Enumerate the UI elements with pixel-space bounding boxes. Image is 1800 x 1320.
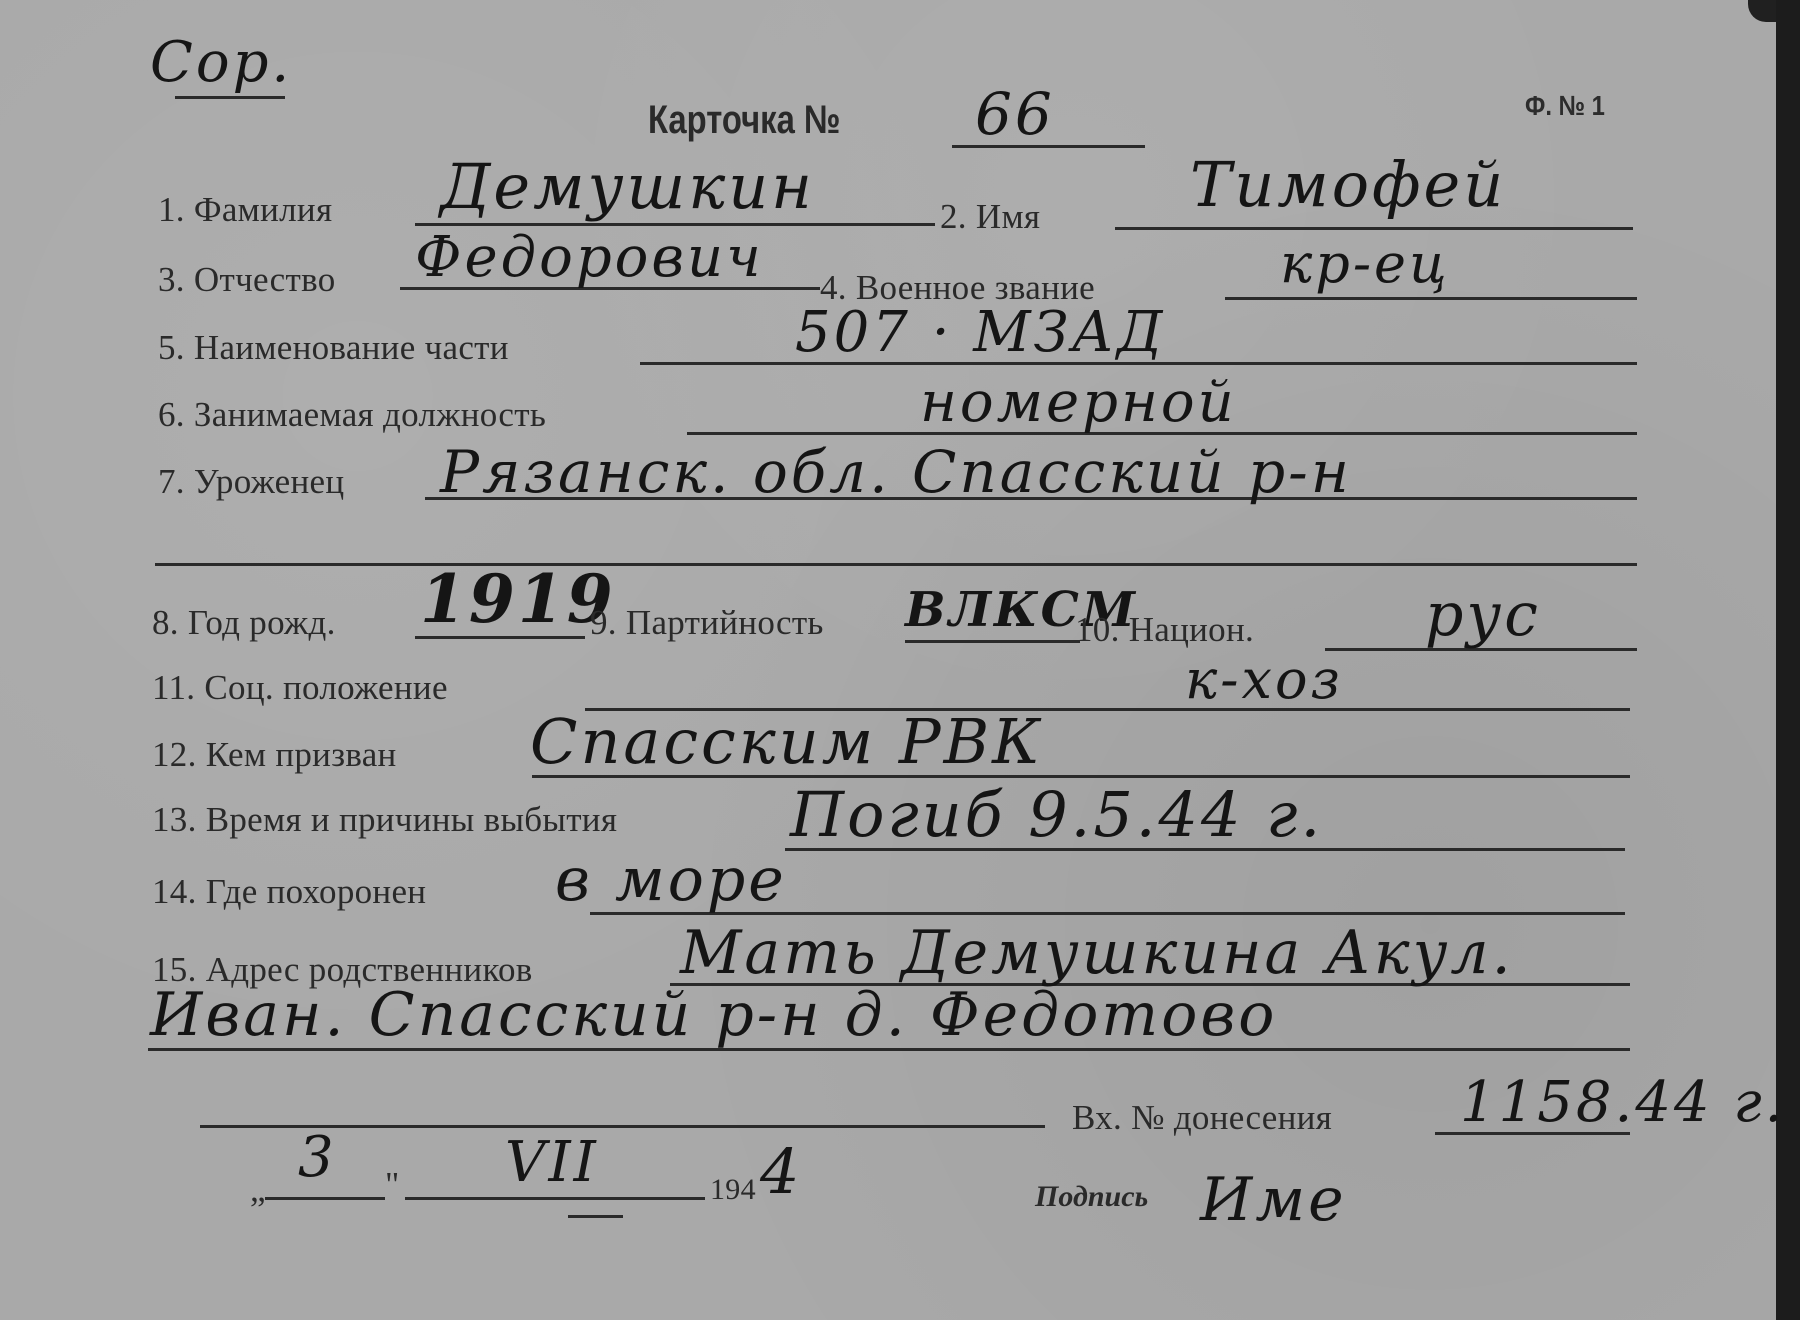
field-label-drafted-by: 12. Кем призван [152,735,397,775]
field-label-departure: 13. Время и причины выбытия [152,800,617,840]
report-number-value: 1158.44 г. [1460,1070,1785,1135]
field-label-social-status: 11. Соц. положение [152,668,448,708]
report-number-label: Вх. № донесения [1072,1098,1332,1138]
field-value-patronymic: Федорович [415,225,764,290]
field-line-rank [1225,297,1637,300]
field-value-departure: Погиб 9.5.44 г. [790,778,1323,851]
field-label-nationality: 10. Национ. [1075,610,1254,650]
form-code: Ф. № 1 [1525,90,1605,122]
date-year-suffix: 4 [760,1135,802,1208]
field-label-name: 2. Имя [940,197,1040,237]
field-label-birthplace: 7. Уроженец [158,462,344,502]
field-line-name [1115,227,1633,230]
signature-value: Име [1200,1165,1347,1235]
field-label-burial: 14. Где похоронен [152,872,426,912]
date-day: 3 [298,1125,337,1190]
field-value-relatives-address-2: Иван. Спасский р-н д. Федотово [150,980,1277,1050]
card-title: Карточка № [648,98,840,143]
field-value-birthplace: Рязанск. обл. Спасский р-н [440,438,1352,506]
date-day-line [265,1197,385,1200]
field-label-unit: 5. Наименование части [158,328,509,368]
field-value-social-status: к-хоз [1185,648,1343,711]
field-value-rank: кр-ец [1280,232,1450,295]
field-value-position: номерной [920,370,1237,435]
field-line-birthplace-extra [155,563,1637,566]
card-number: 66 [975,80,1055,148]
date-month-underline [568,1215,623,1218]
field-label-birth-year: 8. Год рожд. [152,603,336,643]
field-value-name: Тимофей [1190,148,1506,221]
field-value-drafted-by: Спасским РВК [530,705,1043,778]
field-line-party [905,640,1080,643]
date-close-quote: " [385,1165,400,1205]
field-label-party: 9. Партийность [590,603,824,643]
corner-mark: Сор. [150,30,292,95]
date-open-quote: „ [250,1170,266,1210]
date-year-prefix: 194 [710,1173,756,1207]
field-value-birth-year: 1919 [420,560,616,638]
field-value-nationality: рус [1425,580,1541,650]
field-value-relatives-address: Мать Демушкина Акул. [680,918,1514,988]
signature-label: Подпись [1035,1180,1148,1214]
field-value-unit: 507 · МЗАД [795,300,1165,365]
field-label-patronymic: 3. Отчество [158,260,336,300]
field-label-position: 6. Занимаемая должность [158,395,546,435]
date-month-line [405,1197,705,1200]
field-label-surname: 1. Фамилия [158,190,332,230]
corner-mark-underline [175,96,285,99]
personnel-card: Сор. Карточка № 66 Ф. № 1 1. Фамилия Дем… [0,0,1788,1320]
field-value-surname: Демушкин [440,150,815,223]
field-value-burial: в море [555,845,787,915]
date-month: VII [505,1130,599,1195]
